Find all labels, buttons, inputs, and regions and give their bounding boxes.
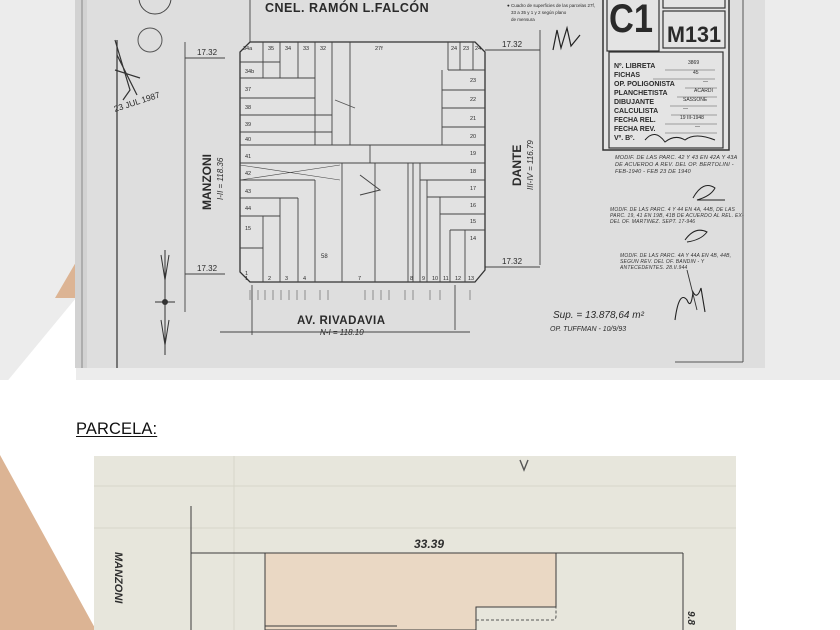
title-field-label: DIBUJANTE [614, 99, 654, 106]
cadastral-block-map: CNEL. RAMÓN L.FALCÓN AV. RIVADAVIA N-I =… [75, 0, 765, 368]
lot-number: 23 [463, 46, 469, 52]
lot-number: 27f [375, 46, 383, 52]
street-label-east: DANTE [510, 145, 524, 186]
surface-operator-note: OP. TUFFMAN - 10/9/93 [550, 326, 626, 333]
lot-number: 32 [320, 46, 326, 52]
street-measure-west: I-II = 118.36 [216, 157, 225, 200]
lot-number: 40 [245, 137, 251, 143]
parcel-plan-drawing: 33.39 9.8 MANZONI [94, 456, 736, 630]
street-label-north: CNEL. RAMÓN L.FALCÓN [265, 0, 429, 15]
title-field-value: — [695, 124, 700, 130]
street-label-south: AV. RIVADAVIA [297, 315, 386, 327]
title-field-value: — [683, 106, 688, 112]
svg-text:● Cuadro de superficies de las: ● Cuadro de superficies de las parcelas … [507, 3, 595, 8]
lot-number: 17 [470, 186, 476, 192]
manzana-code: M131 [667, 22, 721, 47]
lot-number: 10 [432, 276, 438, 282]
street-measure-south: N-I = 118.10 [320, 328, 364, 337]
annotation-note-2: MODIF. DE LAS PARC. 4 y 44 EN 4a, 44b, D… [610, 207, 745, 225]
title-field-label: CALCULISTA [614, 108, 658, 115]
lot-number: 12 [455, 276, 461, 282]
lot-number: 15 [245, 226, 251, 232]
corner-measure-sw: 17.32 [197, 264, 218, 273]
lot-number: 16 [470, 203, 476, 209]
title-field-label: FECHA REL. [614, 117, 656, 124]
lot-number: 4 [303, 276, 306, 282]
street-measure-east: III-IV = 116.79 [526, 140, 535, 190]
title-field-value: SASSONE [683, 97, 708, 103]
lot-number: 34b [245, 69, 254, 75]
lot-number: 38 [245, 105, 251, 111]
svg-text:33 a 35 y 1 y 2 según plano: 33 a 35 y 1 y 2 según plano [511, 10, 567, 15]
section-heading-parcela: PARCELA: [76, 420, 157, 439]
lot-number: 24 [451, 46, 457, 52]
lot-number: 35 [268, 46, 274, 52]
lot-number: 18 [470, 169, 476, 175]
street-label-manzoni: MANZONI [112, 552, 124, 604]
corner-measure-ne: 17.32 [502, 40, 523, 49]
lot-number: 34 [285, 46, 291, 52]
title-field-label: Nº. LIBRETA [614, 63, 655, 70]
lot-number: 15 [470, 219, 476, 225]
title-field-value: — [703, 79, 708, 85]
lot-number: 2 [268, 276, 271, 282]
lot-number: 33 [303, 46, 309, 52]
title-field-label: FECHA REV. [614, 126, 656, 133]
annotation-note-1: MODIF. DE LAS PARC. 42 y 43 EN 42a y 43a… [615, 155, 745, 176]
street-label-west: MANZONI [200, 154, 214, 210]
surface-area-note: Sup. = 13.878,64 m² [553, 310, 645, 321]
lot-number: 44 [245, 206, 251, 212]
lot-number: 42 [245, 171, 251, 177]
corner-measure-se: 17.32 [502, 257, 523, 266]
lot-number: 7 [358, 276, 361, 282]
lot-number-central: 58 [321, 254, 328, 260]
parcel-plan-image: 33.39 9.8 MANZONI [94, 456, 736, 630]
title-field-value: 19 III-1948 [680, 115, 704, 121]
title-field-label: FICHAS [614, 72, 640, 79]
lot-number: 19 [470, 151, 476, 157]
lot-number: 34a [243, 46, 253, 52]
lot-number: 11 [443, 276, 449, 282]
lot-number: 23 [470, 78, 476, 84]
lot-number: 3 [285, 276, 288, 282]
lot-number: 43 [245, 189, 251, 195]
lot-number: 37 [245, 87, 251, 93]
lot-number: 39 [245, 122, 251, 128]
side-measure: 9.8 [685, 611, 696, 625]
title-field-value: 3869 [688, 60, 699, 66]
lot-number: 41 [245, 154, 251, 160]
lot-number: 1 [245, 276, 248, 282]
lot-number: 13 [468, 276, 474, 282]
lot-number: 14 [470, 236, 476, 242]
frontage-measure: 33.39 [414, 537, 444, 551]
title-block: C1 M131 Nº. LIBRETA FICHAS OP. POLIGONIS… [603, 0, 729, 150]
title-field-value: ACARDI [694, 88, 713, 94]
circunscripcion-code: C1 [609, 0, 653, 41]
lot-number: 8 [410, 276, 413, 282]
lot-number: 20 [470, 134, 476, 140]
block-map-drawing: CNEL. RAMÓN L.FALCÓN AV. RIVADAVIA N-I =… [75, 0, 765, 368]
lot-number: 9 [422, 276, 425, 282]
lot-number: 24 [475, 46, 481, 52]
title-field-label: PLANCHETISTA [614, 90, 668, 97]
corner-measure-nw: 17.32 [197, 48, 218, 57]
lot-number: 22 [470, 97, 476, 103]
title-field-label: OP. POLIGONISTA [614, 81, 675, 88]
svg-text:de mensura: de mensura [511, 17, 535, 22]
title-field-label: Vº. Bº. [614, 135, 635, 142]
lot-number: 21 [470, 116, 476, 122]
annotation-note-3: MODIF. DE LAS PARC. 4a y 44a EN 4b, 44b,… [620, 253, 745, 271]
title-field-value: 45 [693, 70, 699, 76]
